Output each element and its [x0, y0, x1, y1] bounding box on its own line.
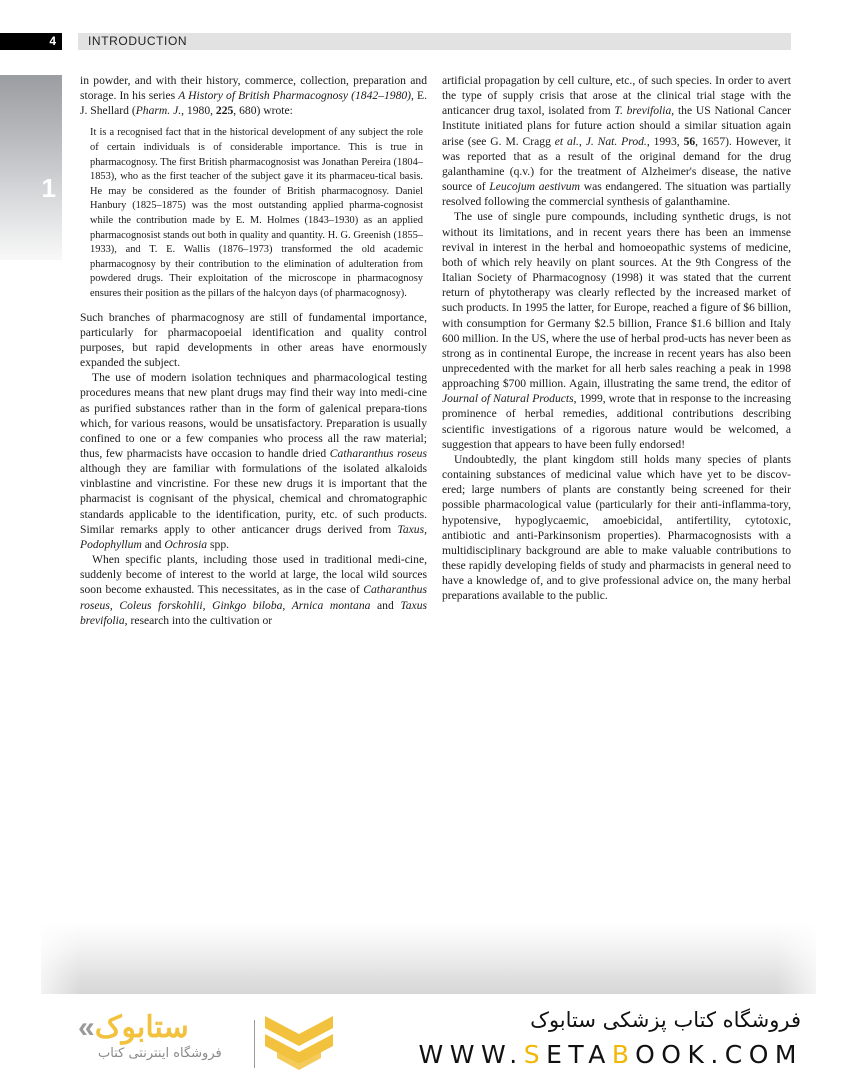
- paragraph: artificial propagation by cell culture, …: [442, 73, 791, 209]
- paragraph: When specific plants, including those us…: [80, 552, 427, 628]
- page-number: 4: [49, 33, 56, 50]
- logo-subtitle: فروشگاه اینترنتی کتاب: [98, 1046, 222, 1061]
- paragraph: in powder, and with their history, comme…: [80, 73, 427, 118]
- chevrons-icon: «: [78, 1011, 95, 1044]
- section-title: INTRODUCTION: [88, 33, 187, 50]
- running-header: INTRODUCTION: [78, 33, 791, 50]
- logo-wordmark: ستابوک: [95, 1011, 189, 1044]
- setabook-logo[interactable]: «ستابوک فروشگاه اینترنتی کتاب: [78, 1008, 348, 1072]
- page-bottom-shadow: [41, 922, 816, 994]
- block-quote: It is a recognised fact that in the hist…: [90, 126, 423, 301]
- page-number-box: 4: [0, 33, 62, 50]
- shield-chevron-icon: [263, 1012, 335, 1070]
- paragraph: The use of modern isolation techniques a…: [80, 370, 427, 552]
- logo-divider: [254, 1020, 255, 1068]
- footer-banner: «ستابوک فروشگاه اینترنتی کتاب فروشگاه کت…: [0, 994, 857, 1080]
- left-column: in powder, and with their history, comme…: [80, 73, 427, 628]
- chapter-number: 1: [42, 175, 56, 201]
- paragraph: Undoubtedly, the plant kingdom still hol…: [442, 452, 791, 604]
- paragraph: Such branches of pharmacognosy are still…: [80, 310, 427, 371]
- store-url-link[interactable]: WWW.SETABOOK.COM: [419, 1040, 803, 1069]
- right-column: artificial propagation by cell culture, …: [442, 73, 791, 603]
- paragraph: The use of single pure compounds, includ…: [442, 209, 791, 452]
- chapter-tab: 1: [0, 75, 62, 260]
- store-name: فروشگاه کتاب پزشکی ستابوک: [530, 1008, 801, 1032]
